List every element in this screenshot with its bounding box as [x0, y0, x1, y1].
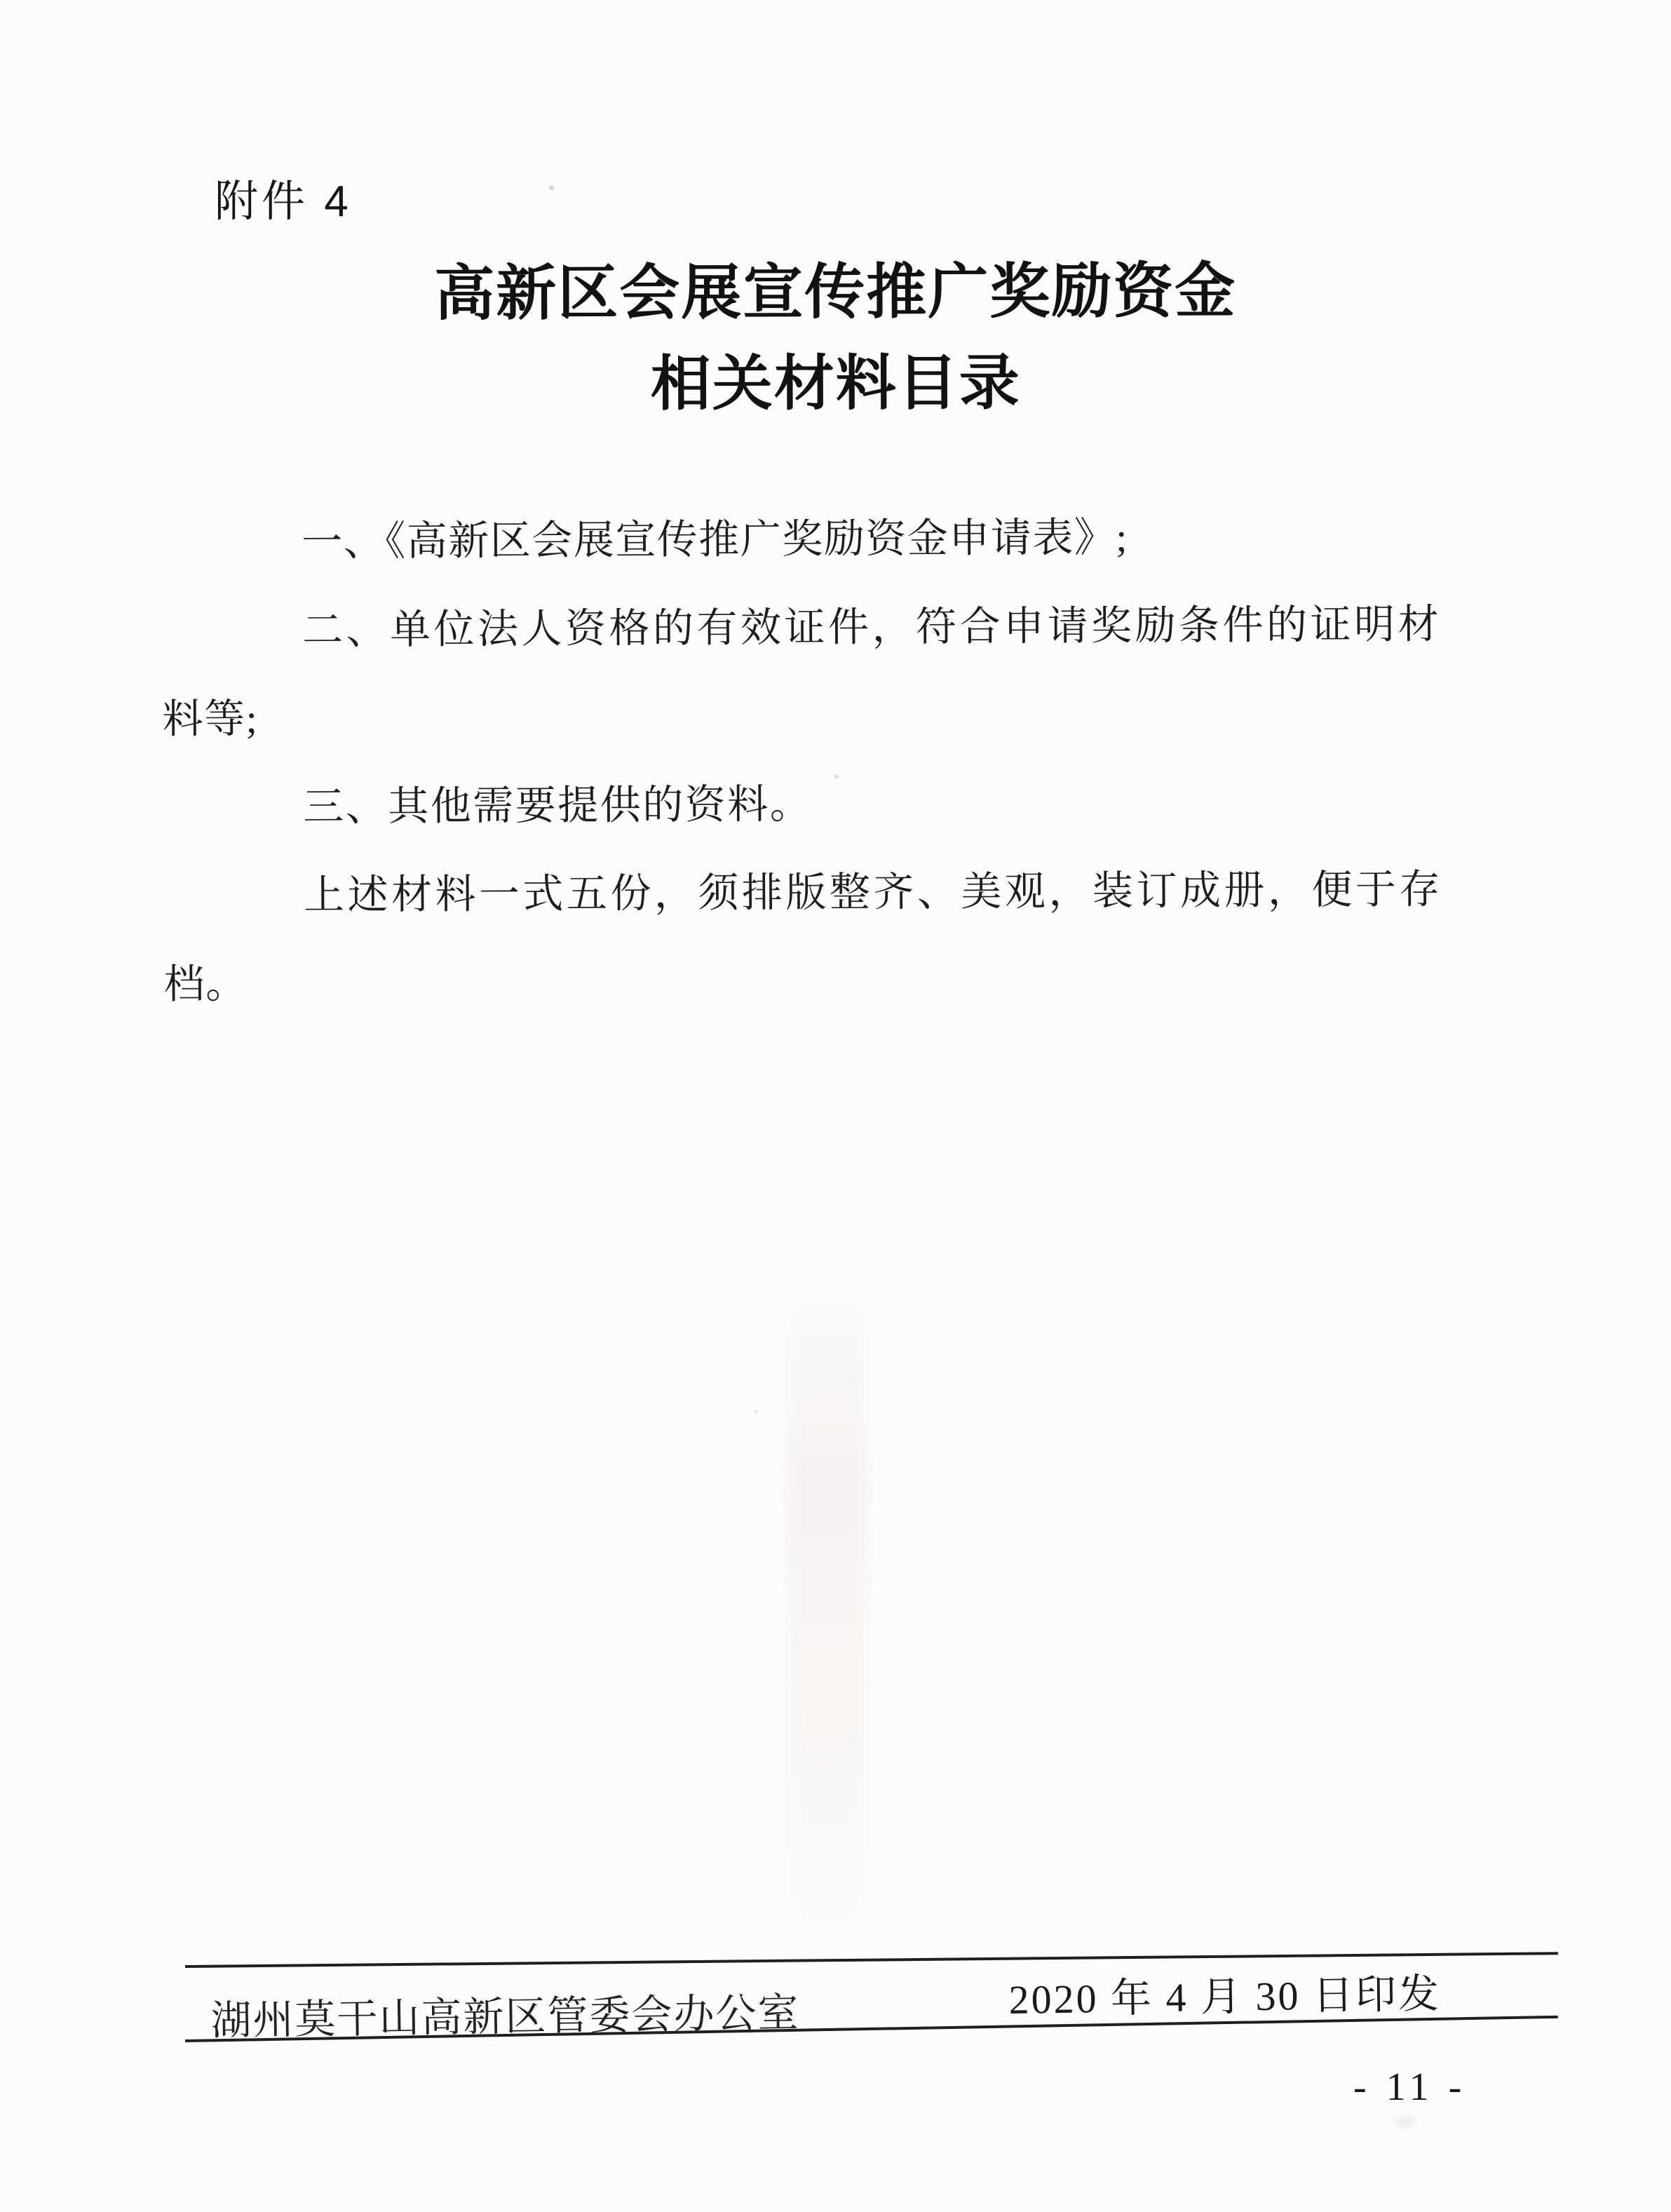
- body-line-4: 三、其他需要提供的资料。: [163, 757, 1482, 852]
- body-line-6: 档。: [163, 933, 1482, 1029]
- title-line-2: 相关材料目录: [0, 335, 1671, 432]
- body-line-2: 二、单位法人资格的有效证件，符合申请奖励条件的证明材: [162, 580, 1481, 675]
- scan-streak-artifact: [791, 1290, 864, 1943]
- scan-speck-artifact: [549, 185, 554, 190]
- document-title: 高新区会展宣传推广奖励资金 相关材料目录: [0, 244, 1671, 432]
- scan-smudge-artifact: [1394, 2117, 1415, 2127]
- footer-rule-top: [185, 1952, 1558, 1968]
- title-line-1: 高新区会展宣传推广奖励资金: [0, 244, 1671, 341]
- body-line-1: 一、《高新区会展宣传推广奖励资金申请表》;: [161, 492, 1480, 587]
- body-line-5: 上述材料一式五份，须排版整齐、美观，装订成册，便于存: [163, 845, 1482, 940]
- page-number: - 11 -: [1353, 2059, 1466, 2115]
- attachment-label: 附件 4: [215, 174, 352, 230]
- document-body: 一、《高新区会展宣传推广奖励资金申请表》; 二、单位法人资格的有效证件，符合申请…: [161, 492, 1482, 1029]
- scanned-document-page: 附件 4 高新区会展宣传推广奖励资金 相关材料目录 一、《高新区会展宣传推广奖励…: [0, 0, 1671, 2212]
- body-line-3: 料等;: [162, 668, 1481, 764]
- scan-speck-artifact: [755, 1410, 758, 1413]
